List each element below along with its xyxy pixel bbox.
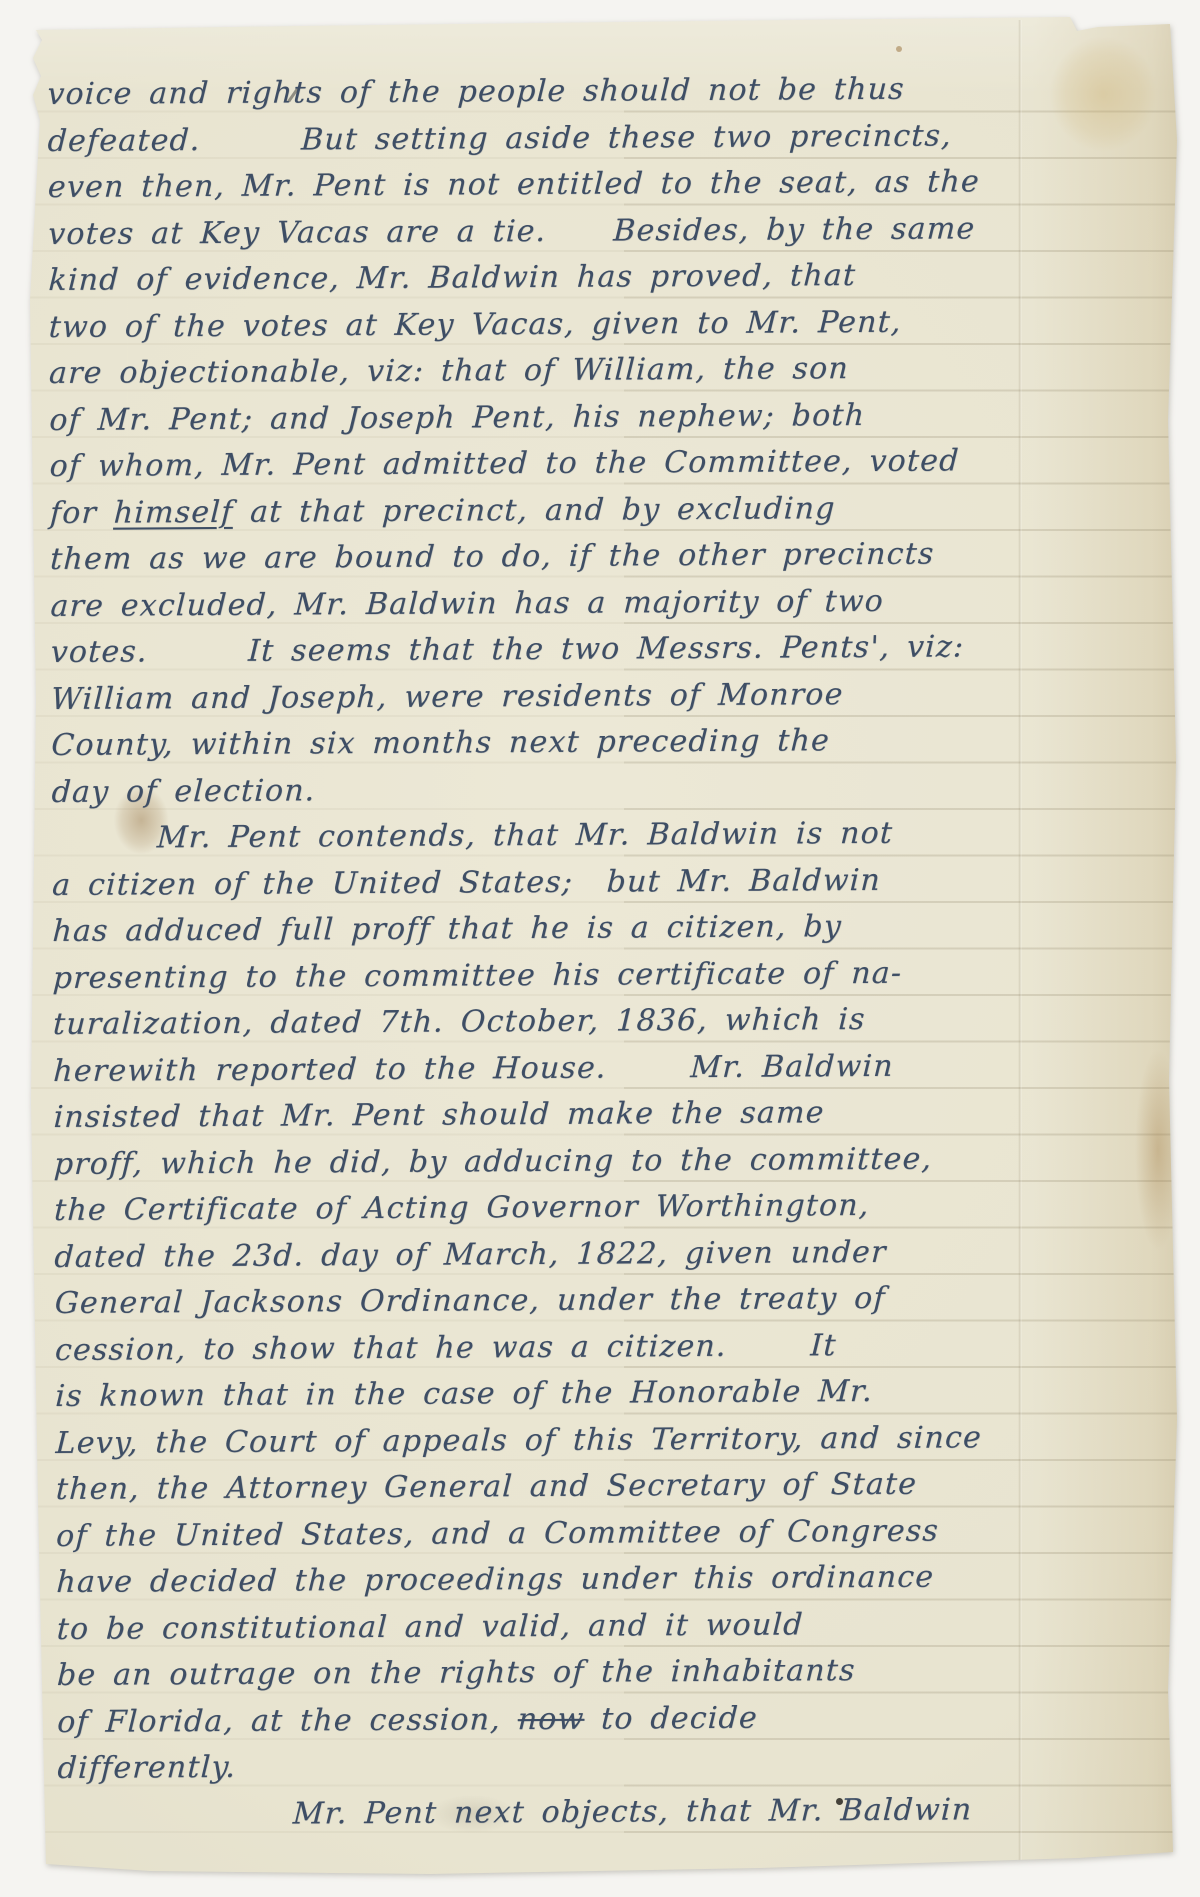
paper-speck (496, 16, 500, 20)
manuscript-text: voice and rights of the people should no… (46, 66, 1057, 1839)
scanned-document-page: { "document": { "kind": "handwritten-man… (0, 0, 1200, 1897)
manuscript-line: General Jacksons Ordinance, under the tr… (54, 1275, 1056, 1328)
paper-speck (896, 46, 902, 52)
manuscript-line: day of election. (51, 763, 1053, 816)
manuscript-line: cession, to show that he was a citizen. … (54, 1321, 1056, 1374)
manuscript-line: William and Joseph, were residents of Mo… (50, 670, 1052, 723)
manuscript-line: dated the 23d. day of March, 1822, given… (53, 1228, 1055, 1281)
manuscript-line: the Certificate of Acting Governor Worth… (53, 1182, 1055, 1235)
manuscript-line: of Florida, at the cession, now to decid… (56, 1693, 1058, 1746)
manuscript-line: two of the votes at Key Vacas, given to … (48, 298, 1050, 351)
manuscript-line: votes at Key Vacas are a tie. Besides, b… (47, 205, 1049, 258)
manuscript-line: presenting to the committee his certific… (52, 949, 1054, 1002)
manuscript-line: herewith reported to the House. Mr. Bald… (52, 1042, 1054, 1095)
underlined-word: himself (113, 494, 234, 530)
paper-shadow-wrap: voice and rights of the people should no… (0, 0, 1200, 1897)
manuscript-line: Levy, the Court of appeals of this Terri… (55, 1414, 1057, 1467)
struck-word: now (517, 1701, 585, 1736)
manuscript-line: of Mr. Pent; and Joseph Pent, his nephew… (48, 391, 1050, 444)
manuscript-line: insisted that Mr. Pent should make the s… (53, 1089, 1055, 1142)
manuscript-line: kind of evidence, Mr. Baldwin has proved… (47, 252, 1049, 305)
manuscript-line: be an outrage on the rights of the inhab… (56, 1647, 1058, 1700)
manuscript-line: for himself at that precinct, and by exc… (49, 484, 1051, 537)
manuscript-line: voice and rights of the people should no… (46, 66, 1048, 119)
manuscript-line: turalization, dated 7th. October, 1836, … (52, 996, 1054, 1049)
manuscript-line: to be constitutional and valid, and it w… (56, 1600, 1058, 1653)
manuscript-line: of whom, Mr. Pent admitted to the Commit… (49, 438, 1051, 491)
manuscript-line: Mr. Pent contends, that Mr. Baldwin is n… (51, 810, 1053, 863)
manuscript-line: are objectionable, viz: that of William,… (48, 345, 1050, 398)
manuscript-line: differently. (57, 1740, 1059, 1793)
manuscript-line: proff, which he did, by adducing to the … (53, 1135, 1055, 1188)
manuscript-line: even then, Mr. Pent is not entitled to t… (47, 159, 1049, 212)
manuscript-line: them as we are bound to do, if the other… (49, 531, 1051, 584)
manuscript-line: are excluded, Mr. Baldwin has a majority… (49, 577, 1051, 630)
manuscript-line: is known that in the case of the Honorab… (54, 1368, 1056, 1421)
manuscript-line: Mr. Pent next objects, that Mr. Baldwin (57, 1786, 1059, 1839)
paper-sheet: voice and rights of the people should no… (0, 0, 1200, 1897)
manuscript-line: County, within six months next preceding… (50, 717, 1052, 770)
manuscript-line: have decided the proceedings under this … (55, 1554, 1057, 1607)
manuscript-line: defeated. But setting aside these two pr… (47, 112, 1049, 165)
manuscript-line: a citizen of the United States; but Mr. … (51, 856, 1053, 909)
manuscript-line: votes. It seems that the two Messrs. Pen… (50, 624, 1052, 677)
manuscript-line: of the United States, and a Committee of… (55, 1507, 1057, 1560)
manuscript-line: then, the Attorney General and Secretary… (55, 1461, 1057, 1514)
manuscript-line: has adduced full proff that he is a citi… (51, 903, 1053, 956)
